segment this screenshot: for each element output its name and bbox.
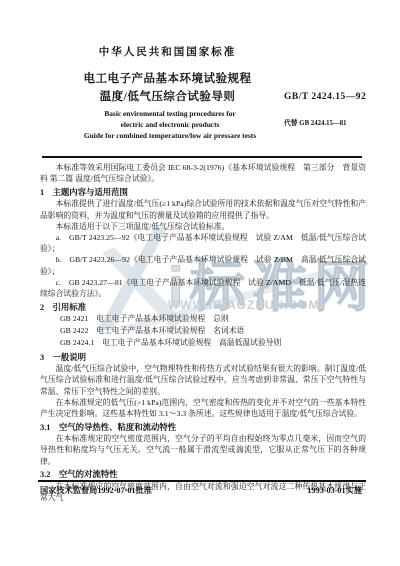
document-body: 本标准等效采用国际电工委员会 IEC 68-3-2(1976)《基本环境试验规程… xyxy=(40,162,366,503)
section1-paragraph2: 本标准适用于以下三项温度/低气压综合试验标准。 xyxy=(40,221,366,232)
section1-heading: 1 主题内容与适用范围 xyxy=(40,187,366,199)
section3-paragraph1: 温度/低气压综合试验中，空气物理特性和传热方式对试验结果有很大的影响。制订温度/… xyxy=(40,363,366,397)
intro-paragraph: 本标准等效采用国际电工委员会 IEC 68-3-2(1976)《基本环境试验规程… xyxy=(40,162,366,184)
standard-document-page: i标准网 WWW.iBIAOZHUN.COM 中华人民共和国国家标准 电工电子产… xyxy=(0,0,400,566)
title-en-line2: electric and electronic products xyxy=(30,119,310,130)
standard-number: GB/T 2424.15—92 xyxy=(284,92,366,102)
implementation-date: 1993-03-01实施 xyxy=(307,485,362,496)
title-en-line3: Guide for combined temperature/low air p… xyxy=(30,130,310,141)
section1-item-a: a. GB/T 2423.25—92《电工电子产品基本环境试验规程 试验 Z/A… xyxy=(40,232,366,254)
section3-paragraph2: 在本标准规定的低气压(>1 kPa)范围内，空气密度和传热的变化并不对空气的一些… xyxy=(40,397,366,419)
document-title-cn-line1: 电工电子产品基本环境试验规程 xyxy=(35,70,300,86)
approval-authority-date: 国家技术监督局1992-07-01批准 xyxy=(40,485,152,496)
document-title-cn-line2: 温度/低气压综合试验导则 xyxy=(35,88,300,104)
national-standard-label: 中华人民共和国国家标准 xyxy=(35,44,300,59)
document-title-en: Basic enviromental testing procedures fo… xyxy=(30,108,310,141)
section1-item-b: b. GB/T 2423.26—92《电工电子产品基本环境试验规程 试验 Z/B… xyxy=(40,254,366,276)
reference-standard-line: GB 2421 电工电子产品基本环境试验规程 总则 xyxy=(40,313,366,325)
section3-heading: 3 一般说明 xyxy=(40,352,366,364)
section3-1-paragraph: 在本标准规定的空气密度范围内，空气分子的平均自由程始终为零点几毫米，因而空气的导… xyxy=(40,433,366,467)
header-divider xyxy=(42,156,362,158)
title-en-line1: Basic enviromental testing procedures fo… xyxy=(30,108,310,119)
footer-divider xyxy=(38,480,366,482)
reference-standard-line: GB 2424.1 电工电子产品基本环境试验规程 高温低温试验导则 xyxy=(40,337,366,349)
section1-paragraph1: 本标准提供了进行温度/低气压(≥1 kPa)综合试验所用的技术依据和温度气压对空… xyxy=(40,198,366,220)
section2-heading: 2 引用标准 xyxy=(40,302,366,314)
section3-1-heading: 3.1 空气的导热性、粘度和流动特性 xyxy=(40,422,366,434)
reference-standard-line: GB 2422 电工电子产品基本环境试验规程 名词术语 xyxy=(40,325,366,337)
section1-item-c: c. GB 2423.27—81《电工电子产品基本环境试验规程 试验 Z/AMD… xyxy=(40,277,366,299)
